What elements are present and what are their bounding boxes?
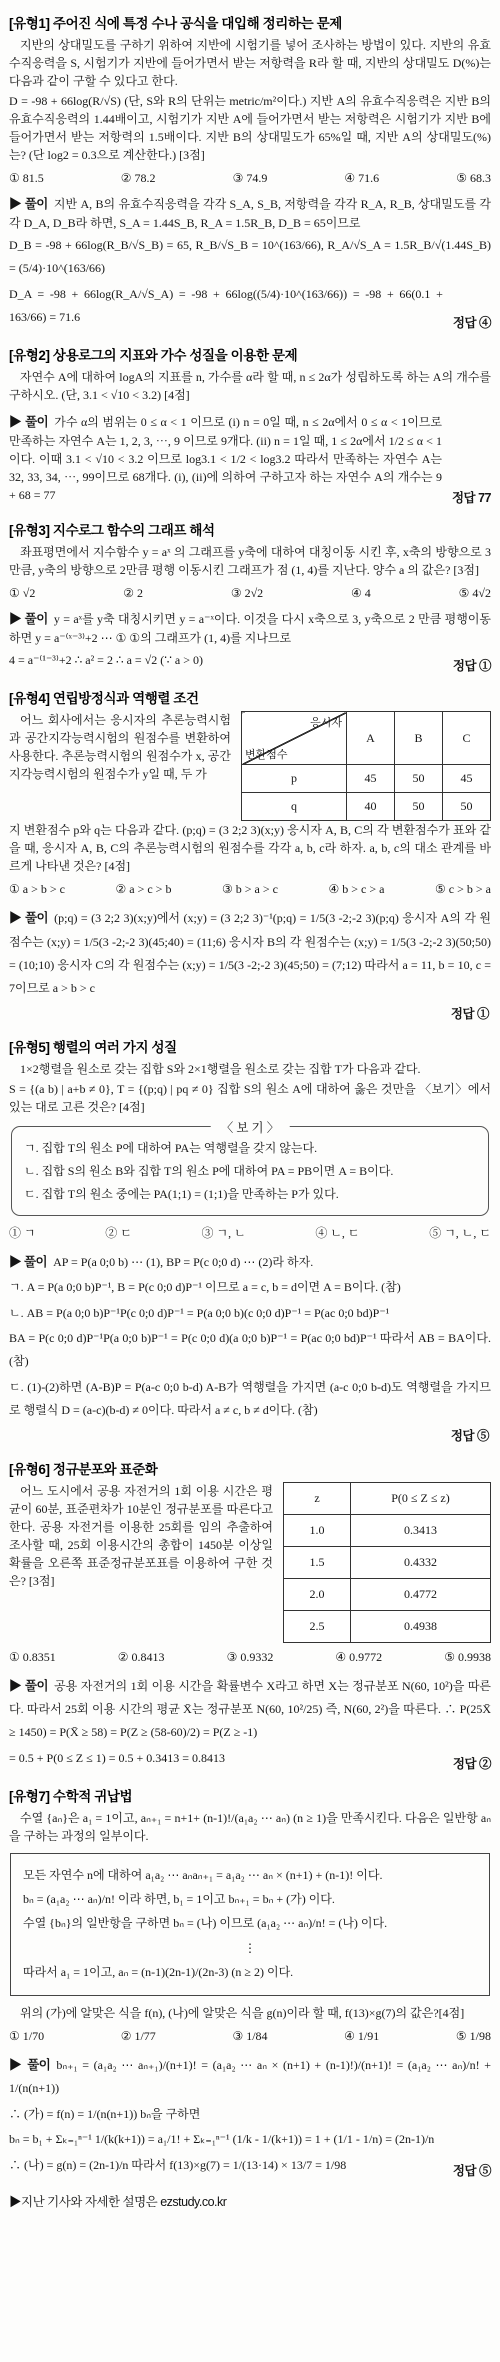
section-type6: [유형6] 정규분포와 표준화 어느 도시에서 공용 자전거의 1회 이용 시간… <box>9 1458 491 1773</box>
answer-badge: 정답 ⑤ <box>453 2161 491 2179</box>
solution-block: ▶ 풀이가수 α의 범위는 0 ≤ α < 1 이므로 (i) n = 0일 때… <box>9 413 491 506</box>
derivation-line: 따라서 a₁ = 1이고, aₙ = (n-1)(2n-1)/(2n-3) (n… <box>23 1961 477 1983</box>
table-cell: 0.4938 <box>351 1610 491 1642</box>
table-cell: 50 <box>395 765 443 793</box>
bogi-item: ㄷ. 집합 T의 원소 중에는 PA(1;1) = (1;1)을 만족하는 P가… <box>24 1185 476 1203</box>
problem-text: 지반의 상대밀도를 구하기 위하여 지반에 시험기를 넣어 조사하는 방법이 있… <box>9 36 491 90</box>
section-title: [유형1] 주어진 식에 특정 수나 공식을 대입해 정리하는 문제 <box>9 12 491 32</box>
solution-block: ▶ 풀이AP = P(a 0;0 b) ⋯ (1), BP = P(c 0;0 … <box>9 1250 491 1445</box>
table-row-label: p <box>242 765 347 793</box>
formula-line: ㄱ. A = P(a 0;0 b)P⁻¹, B = P(c 0;0 d)P⁻¹ … <box>9 1276 491 1299</box>
choice-2: ② 0.8413 <box>118 1650 165 1665</box>
section-title: [유형7] 수학적 귀납법 <box>9 1785 491 1805</box>
z-table: z P(0 ≤ Z ≤ z) 1.0 0.3413 1.5 0.4332 2.0… <box>283 1482 491 1643</box>
choice-4: ④ 71.6 <box>344 171 379 186</box>
solution-label: ▶ 풀이 <box>9 911 48 925</box>
solution-block: ▶ 풀이bₙ₊₁ = (a₁a₂ ⋯ aₙ₊₁)/(n+1)! = (a₁a₂ … <box>9 2053 491 2179</box>
solution-block: ▶ 풀이(p;q) = (3 2;2 3)(x;y)에서 (x;y) = (3 … <box>9 906 491 1023</box>
formula-line: BA = P(c 0;0 d)P⁻¹P(a 0;0 b)P⁻¹ = P(c 0;… <box>9 1327 491 1374</box>
choice-5: ⑤ 1/98 <box>456 2029 491 2044</box>
solution-text: ▶ 풀이(p;q) = (3 2;2 3)(x;y)에서 (x;y) = (3 … <box>9 906 491 1001</box>
solution-text: ▶ 풀이지반 A, B의 유효수직응력을 각각 S_A, S_B, 저항력을 각… <box>9 195 491 232</box>
choice-4: ④ 0.9772 <box>335 1650 382 1665</box>
derivation-line: bₙ = (a₁a₂ ⋯ aₙ)/n! 이라 하면, b₁ = 1이고 bₙ₊₁… <box>23 1888 477 1910</box>
choice-5: ⑤ 68.3 <box>456 171 491 186</box>
answer-badge: 정답 ① <box>453 656 491 674</box>
problem-text: 수열 {aₙ}은 a₁ = 1이고, aₙ₊₁ = n+1+ (n-1)!/(a… <box>9 1809 491 1845</box>
solution-block: ▶ 풀이지반 A, B의 유효수직응력을 각각 S_A, S_B, 저항력을 각… <box>9 195 491 331</box>
section-title: [유형6] 정규분포와 표준화 <box>9 1458 491 1478</box>
formula-line: D_B = -98 + 66log(R_B/√S_B) = 65, R_B/√S… <box>9 234 491 281</box>
choice-4: ④ b > c > a <box>329 882 385 897</box>
choice-1: ① 0.8351 <box>9 1650 56 1665</box>
choice-1: ① 1/70 <box>9 2029 44 2044</box>
formula-line: ㄴ. AB = P(a 0;0 b)P⁻¹P(c 0;0 d)P⁻¹ = P(a… <box>9 1302 491 1325</box>
choice-row: ① √2 ② 2 ③ 2√2 ④ 4 ⑤ 4√2 <box>9 586 491 601</box>
table-header-cell: C <box>443 712 491 765</box>
table-cell: 0.4332 <box>351 1546 491 1578</box>
solution-label: ▶ 풀이 <box>9 1679 48 1693</box>
table-cell: 1.5 <box>284 1546 351 1578</box>
problem-text: 좌표평면에서 지수함수 y = aˣ 의 그래프를 y축에 대하여 대칭이동 시… <box>9 543 491 579</box>
solution-text: ▶ 풀이가수 α의 범위는 0 ≤ α < 1 이므로 (i) n = 0일 때… <box>9 413 442 504</box>
choice-4: ④ 4 <box>351 586 371 601</box>
section-type1: [유형1] 주어진 식에 특정 수나 공식을 대입해 정리하는 문제 지반의 상… <box>9 12 491 331</box>
section-type2: [유형2] 상용로그의 지표와 가수 성질을 이용한 문제 자연수 A에 대하여… <box>9 344 491 506</box>
choice-4: ④ ㄴ, ㄷ <box>315 1224 359 1241</box>
section-type3: [유형3] 지수로그 함수의 그래프 해석 좌표평면에서 지수함수 y = aˣ… <box>9 519 491 674</box>
document-page: [유형1] 주어진 식에 특정 수나 공식을 대입해 정리하는 문제 지반의 상… <box>0 0 500 2362</box>
choice-row: ① a > b > c ② a > c > b ③ b > a > c ④ b … <box>9 882 491 897</box>
table-cell: 45 <box>347 765 395 793</box>
problem-text: 위의 (가)에 알맞은 식을 f(n), (나)에 알맞은 식을 g(n)이라 … <box>9 2004 491 2022</box>
answer-badge: 정답 ① <box>451 1007 489 1021</box>
bogi-item: ㄱ. 집합 T의 원소 P에 대하여 PA는 역행렬을 갖지 않는다. <box>24 1139 476 1157</box>
solution-block: ▶ 풀이y = aˣ를 y축 대칭시키면 y = a⁻ˣ이다. 이것을 다시 x… <box>9 610 491 674</box>
solution-label: ▶ 풀이 <box>9 1255 47 1269</box>
problem-text: S = {(a b) | a+b ≠ 0}, T = {(p;q) | pq ≠… <box>9 1080 491 1116</box>
derivation-line: 수열 {bₙ}의 일반항을 구하면 bₙ = (나) 이므로 (a₁a₂ ⋯ a… <box>23 1912 477 1934</box>
formula-line: = 0.5 + P(0 ≤ Z ≤ 1) = 0.5 + 0.3413 = 0.… <box>9 1747 443 1770</box>
solution-label: ▶ 풀이 <box>9 2058 50 2072</box>
choice-1: ① ㄱ <box>9 1224 36 1241</box>
choice-4: ④ 1/91 <box>344 2029 379 2044</box>
table-cell: 1.0 <box>284 1514 351 1546</box>
choice-3: ③ ㄱ, ㄴ <box>202 1224 246 1241</box>
solution-text: ▶ 풀이AP = P(a 0;0 b) ⋯ (1), BP = P(c 0;0 … <box>9 1250 491 1274</box>
vertical-ellipsis: ⋮ <box>23 1937 477 1959</box>
choice-2: ② 2 <box>123 586 143 601</box>
solution-text: ▶ 풀이공용 자전거의 1회 이용 시간을 확률변수 X라고 하면 X는 정규분… <box>9 1674 491 1745</box>
footer-note: ▶지난 기사와 자세한 설명은 ezstudy.co.kr <box>9 2192 491 2210</box>
bogi-item: ㄴ. 집합 S의 원소 B와 집합 T의 원소 P에 대하여 PA = PB이면… <box>24 1162 476 1180</box>
formula-line: 4 = a⁻⁽¹⁻³⁾+2 ∴ a² = 2 ∴ a = √2 (∵ a > 0… <box>9 649 443 672</box>
formula-line: D_A = -98 + 66log(R_A/√S_A) = -98 + 66lo… <box>9 283 443 330</box>
solution-label: ▶ 풀이 <box>9 612 48 626</box>
table-cell: 2.0 <box>284 1578 351 1610</box>
choice-row: ① 1/70 ② 1/77 ③ 1/84 ④ 1/91 ⑤ 1/98 <box>9 2029 491 2044</box>
section-type5: [유형5] 행렬의 여러 가지 성질 1×2행렬을 원소로 갖는 집합 S와 2… <box>9 1036 491 1445</box>
answer-badge: 정답 ④ <box>453 313 491 331</box>
section-title: [유형3] 지수로그 함수의 그래프 해석 <box>9 519 491 539</box>
choice-3: ③ 74.9 <box>233 171 268 186</box>
derivation-line: 모든 자연수 n에 대하여 a₁a₂ ⋯ aₙaₙ₊₁ = a₁a₂ ⋯ aₙ … <box>23 1864 477 1886</box>
formula-line: ㄷ. (1)-(2)하면 (A-B)P = P(a-c 0;0 b-d) A-B… <box>9 1376 491 1423</box>
table-header-cell: z <box>284 1482 351 1514</box>
table-cell: 0.4772 <box>351 1578 491 1610</box>
section-type4: [유형4] 연립방정식과 역행렬 조건 어느 회사에서는 응시자의 추론능력시험… <box>9 687 491 1023</box>
answer-badge: 정답 77 <box>452 488 491 506</box>
answer-badge: 정답 ② <box>453 1754 491 1772</box>
derivation-box: 모든 자연수 n에 대하여 a₁a₂ ⋯ aₙaₙ₊₁ = a₁a₂ ⋯ aₙ … <box>10 1853 490 1996</box>
formula-line: bₙ = b₁ + Σₖ₌₁ⁿ⁻¹ 1/(k(k+1)) = a₁/1! + Σ… <box>9 2128 491 2151</box>
section-type7: [유형7] 수학적 귀납법 수열 {aₙ}은 a₁ = 1이고, aₙ₊₁ = … <box>9 1785 491 2179</box>
solution-block: ▶ 풀이공용 자전거의 1회 이용 시간을 확률변수 X라고 하면 X는 정규분… <box>9 1674 491 1773</box>
table-cell: 40 <box>347 793 395 821</box>
bogi-box: 〈 보 기 〉 ㄱ. 집합 T의 원소 P에 대하여 PA는 역행렬을 갖지 않… <box>11 1126 489 1216</box>
choice-row: ① 0.8351 ② 0.8413 ③ 0.9332 ④ 0.9772 ⑤ 0.… <box>9 1650 491 1665</box>
corner-label-top: 응시자 <box>310 714 342 730</box>
problem-text: 자연수 A에 대하여 logA의 지표를 n, 가수를 α라 할 때, n ≤ … <box>9 368 491 404</box>
choice-1: ① √2 <box>9 586 35 601</box>
section-title: [유형5] 행렬의 여러 가지 성질 <box>9 1036 491 1056</box>
choice-3: ③ 1/84 <box>232 2029 267 2044</box>
table-corner-cell: 응시자 변환점수 <box>242 712 347 765</box>
answer-badge: 정답 ⑤ <box>451 1429 489 1443</box>
solution-label: ▶ 풀이 <box>9 415 48 429</box>
corner-label-bottom: 변환점수 <box>245 746 288 762</box>
table-header-cell: P(0 ≤ Z ≤ z) <box>351 1482 491 1514</box>
solution-text: ▶ 풀이bₙ₊₁ = (a₁a₂ ⋯ aₙ₊₁)/(n+1)! = (a₁a₂ … <box>9 2053 491 2101</box>
formula-line: ∴ (가) = f(n) = 1/(n(n+1)) bₙ을 구하면 <box>9 2103 491 2126</box>
problem-text: 어느 도시에서 공용 자전거의 1회 이용 시간은 평균이 60분, 표준편차가… <box>9 1482 273 1590</box>
problem-text: 지 변환점수 p와 q는 다음과 같다. (p;q) = (3 2;2 3)(x… <box>9 821 491 875</box>
problem-formula-text: D = -98 + 66log(R/√S) (단, S와 R의 단위는 metr… <box>9 92 491 164</box>
choice-5: ⑤ c > b > a <box>435 882 491 897</box>
solution-text: ▶ 풀이y = aˣ를 y축 대칭시키면 y = a⁻ˣ이다. 이것을 다시 x… <box>9 610 491 647</box>
choice-3: ③ 2√2 <box>231 586 263 601</box>
choice-5: ⑤ ㄱ, ㄴ, ㄷ <box>429 1224 491 1241</box>
formula-line: ∴ (나) = g(n) = (2n-1)/n 따라서 f(13)×g(7) =… <box>9 2154 443 2177</box>
choice-2: ② a > c > b <box>116 882 172 897</box>
choice-1: ① a > b > c <box>9 882 65 897</box>
choice-3: ③ 0.9332 <box>227 1650 274 1665</box>
choice-2: ② 78.2 <box>121 171 156 186</box>
table-header-cell: A <box>347 712 395 765</box>
solution-label: ▶ 풀이 <box>9 197 48 211</box>
section-title: [유형4] 연립방정식과 역행렬 조건 <box>9 687 491 707</box>
table-cell: 50 <box>443 793 491 821</box>
choice-5: ⑤ 0.9938 <box>444 1650 491 1665</box>
problem-text: 1×2행렬을 원소로 갖는 집합 S와 2×1행렬을 원소로 갖는 집합 T가 … <box>9 1060 491 1078</box>
choice-1: ① 81.5 <box>9 171 44 186</box>
table-cell: 50 <box>395 793 443 821</box>
choice-2: ② 1/77 <box>121 2029 156 2044</box>
section-title: [유형2] 상용로그의 지표와 가수 성질을 이용한 문제 <box>9 344 491 364</box>
bogi-box-title: 〈 보 기 〉 <box>211 1118 290 1136</box>
choice-row: ① ㄱ ② ㄷ ③ ㄱ, ㄴ ④ ㄴ, ㄷ ⑤ ㄱ, ㄴ, ㄷ <box>9 1224 491 1241</box>
table-header-cell: B <box>395 712 443 765</box>
table-cell: 2.5 <box>284 1610 351 1642</box>
choice-3: ③ b > a > c <box>222 882 278 897</box>
table-row-label: q <box>242 793 347 821</box>
choice-2: ② ㄷ <box>105 1224 132 1241</box>
table-cell: 0.3413 <box>351 1514 491 1546</box>
table-cell: 45 <box>443 765 491 793</box>
choice-5: ⑤ 4√2 <box>459 586 491 601</box>
problem-text: 어느 회사에서는 응시자의 추론능력시험과 공간지각능력시험의 원점수를 변환하… <box>9 711 231 783</box>
choice-row: ① 81.5 ② 78.2 ③ 74.9 ④ 71.6 ⑤ 68.3 <box>9 171 491 186</box>
score-table: 응시자 변환점수 A B C p 45 50 45 q <box>241 711 491 821</box>
